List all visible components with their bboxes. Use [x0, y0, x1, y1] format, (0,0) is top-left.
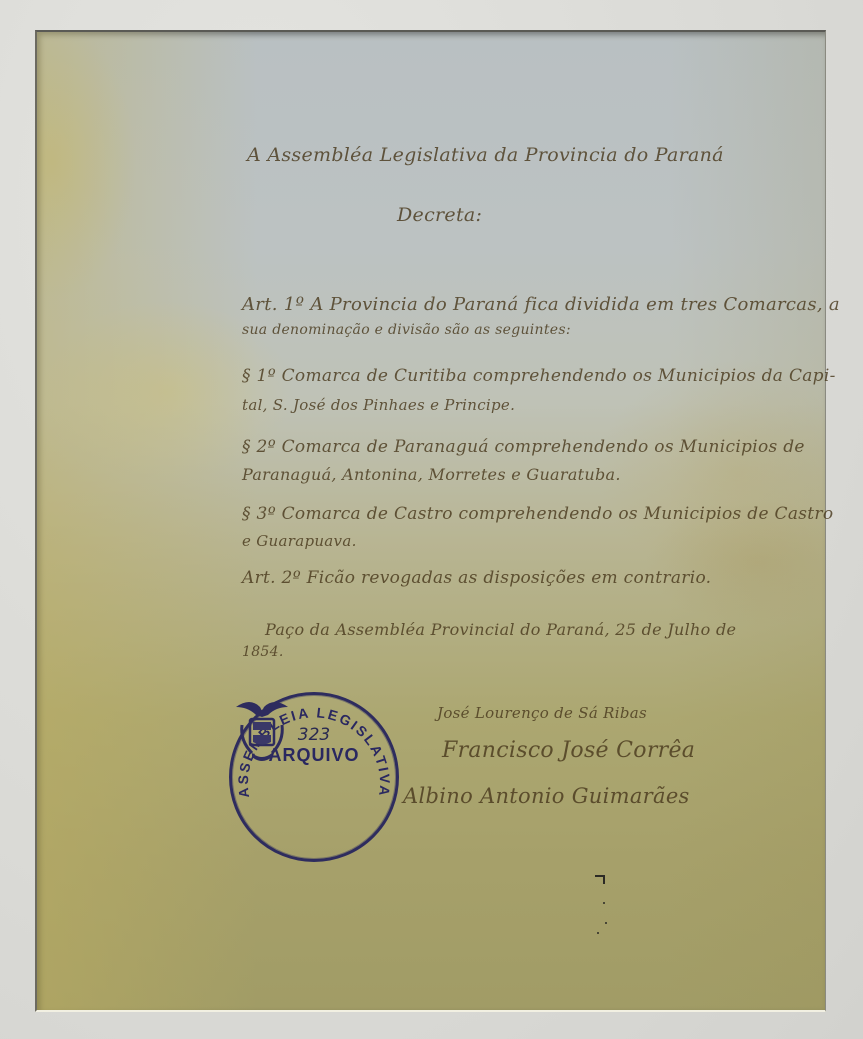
closing-line-1: Paço da Assembléa Provincial do Paraná, … [265, 620, 736, 639]
archive-stamp: ASSEMBLEIA LEGISLATIVA 323 ARQUIVO [229, 692, 399, 862]
section-1-line-2: tal, S. José dos Pinhaes e Principe. [242, 396, 515, 414]
coat-of-arms-icon [232, 695, 292, 769]
article-1-line-1: Art. 1º A Provincia do Paraná fica divid… [242, 294, 840, 315]
pencil-mark [603, 875, 605, 884]
ink-dot [605, 922, 607, 924]
signature-2: Francisco José Corrêa [442, 738, 695, 763]
document-heading: A Assembléa Legislativa da Provincia do … [247, 144, 724, 166]
section-2-line-2: Paranaguá, Antonina, Morretes e Guaratub… [242, 465, 621, 484]
section-3-line-2: e Guarapuava. [242, 532, 357, 550]
pencil-mark [595, 875, 603, 877]
decree-word: Decreta: [397, 204, 482, 226]
section-2-line-1: § 2º Comarca de Paranaguá comprehendendo… [242, 437, 805, 457]
closing-line-2: 1854. [242, 644, 284, 660]
article-2: Art. 2º Ficão revogadas as disposições e… [242, 568, 711, 588]
ink-dot [597, 932, 599, 934]
ink-dot [603, 902, 605, 904]
signature-1: José Lourenço de Sá Ribas [437, 704, 647, 722]
section-1-line-1: § 1º Comarca de Curitiba comprehendendo … [242, 366, 836, 386]
article-1-line-2: sua denominação e divisão são as seguint… [242, 322, 571, 338]
document-sheet: A Assembléa Legislativa da Provincia do … [35, 30, 826, 1012]
section-3-line-1: § 3º Comarca de Castro comprehendendo os… [242, 504, 833, 524]
signature-3: Albino Antonio Guimarães [403, 784, 690, 808]
